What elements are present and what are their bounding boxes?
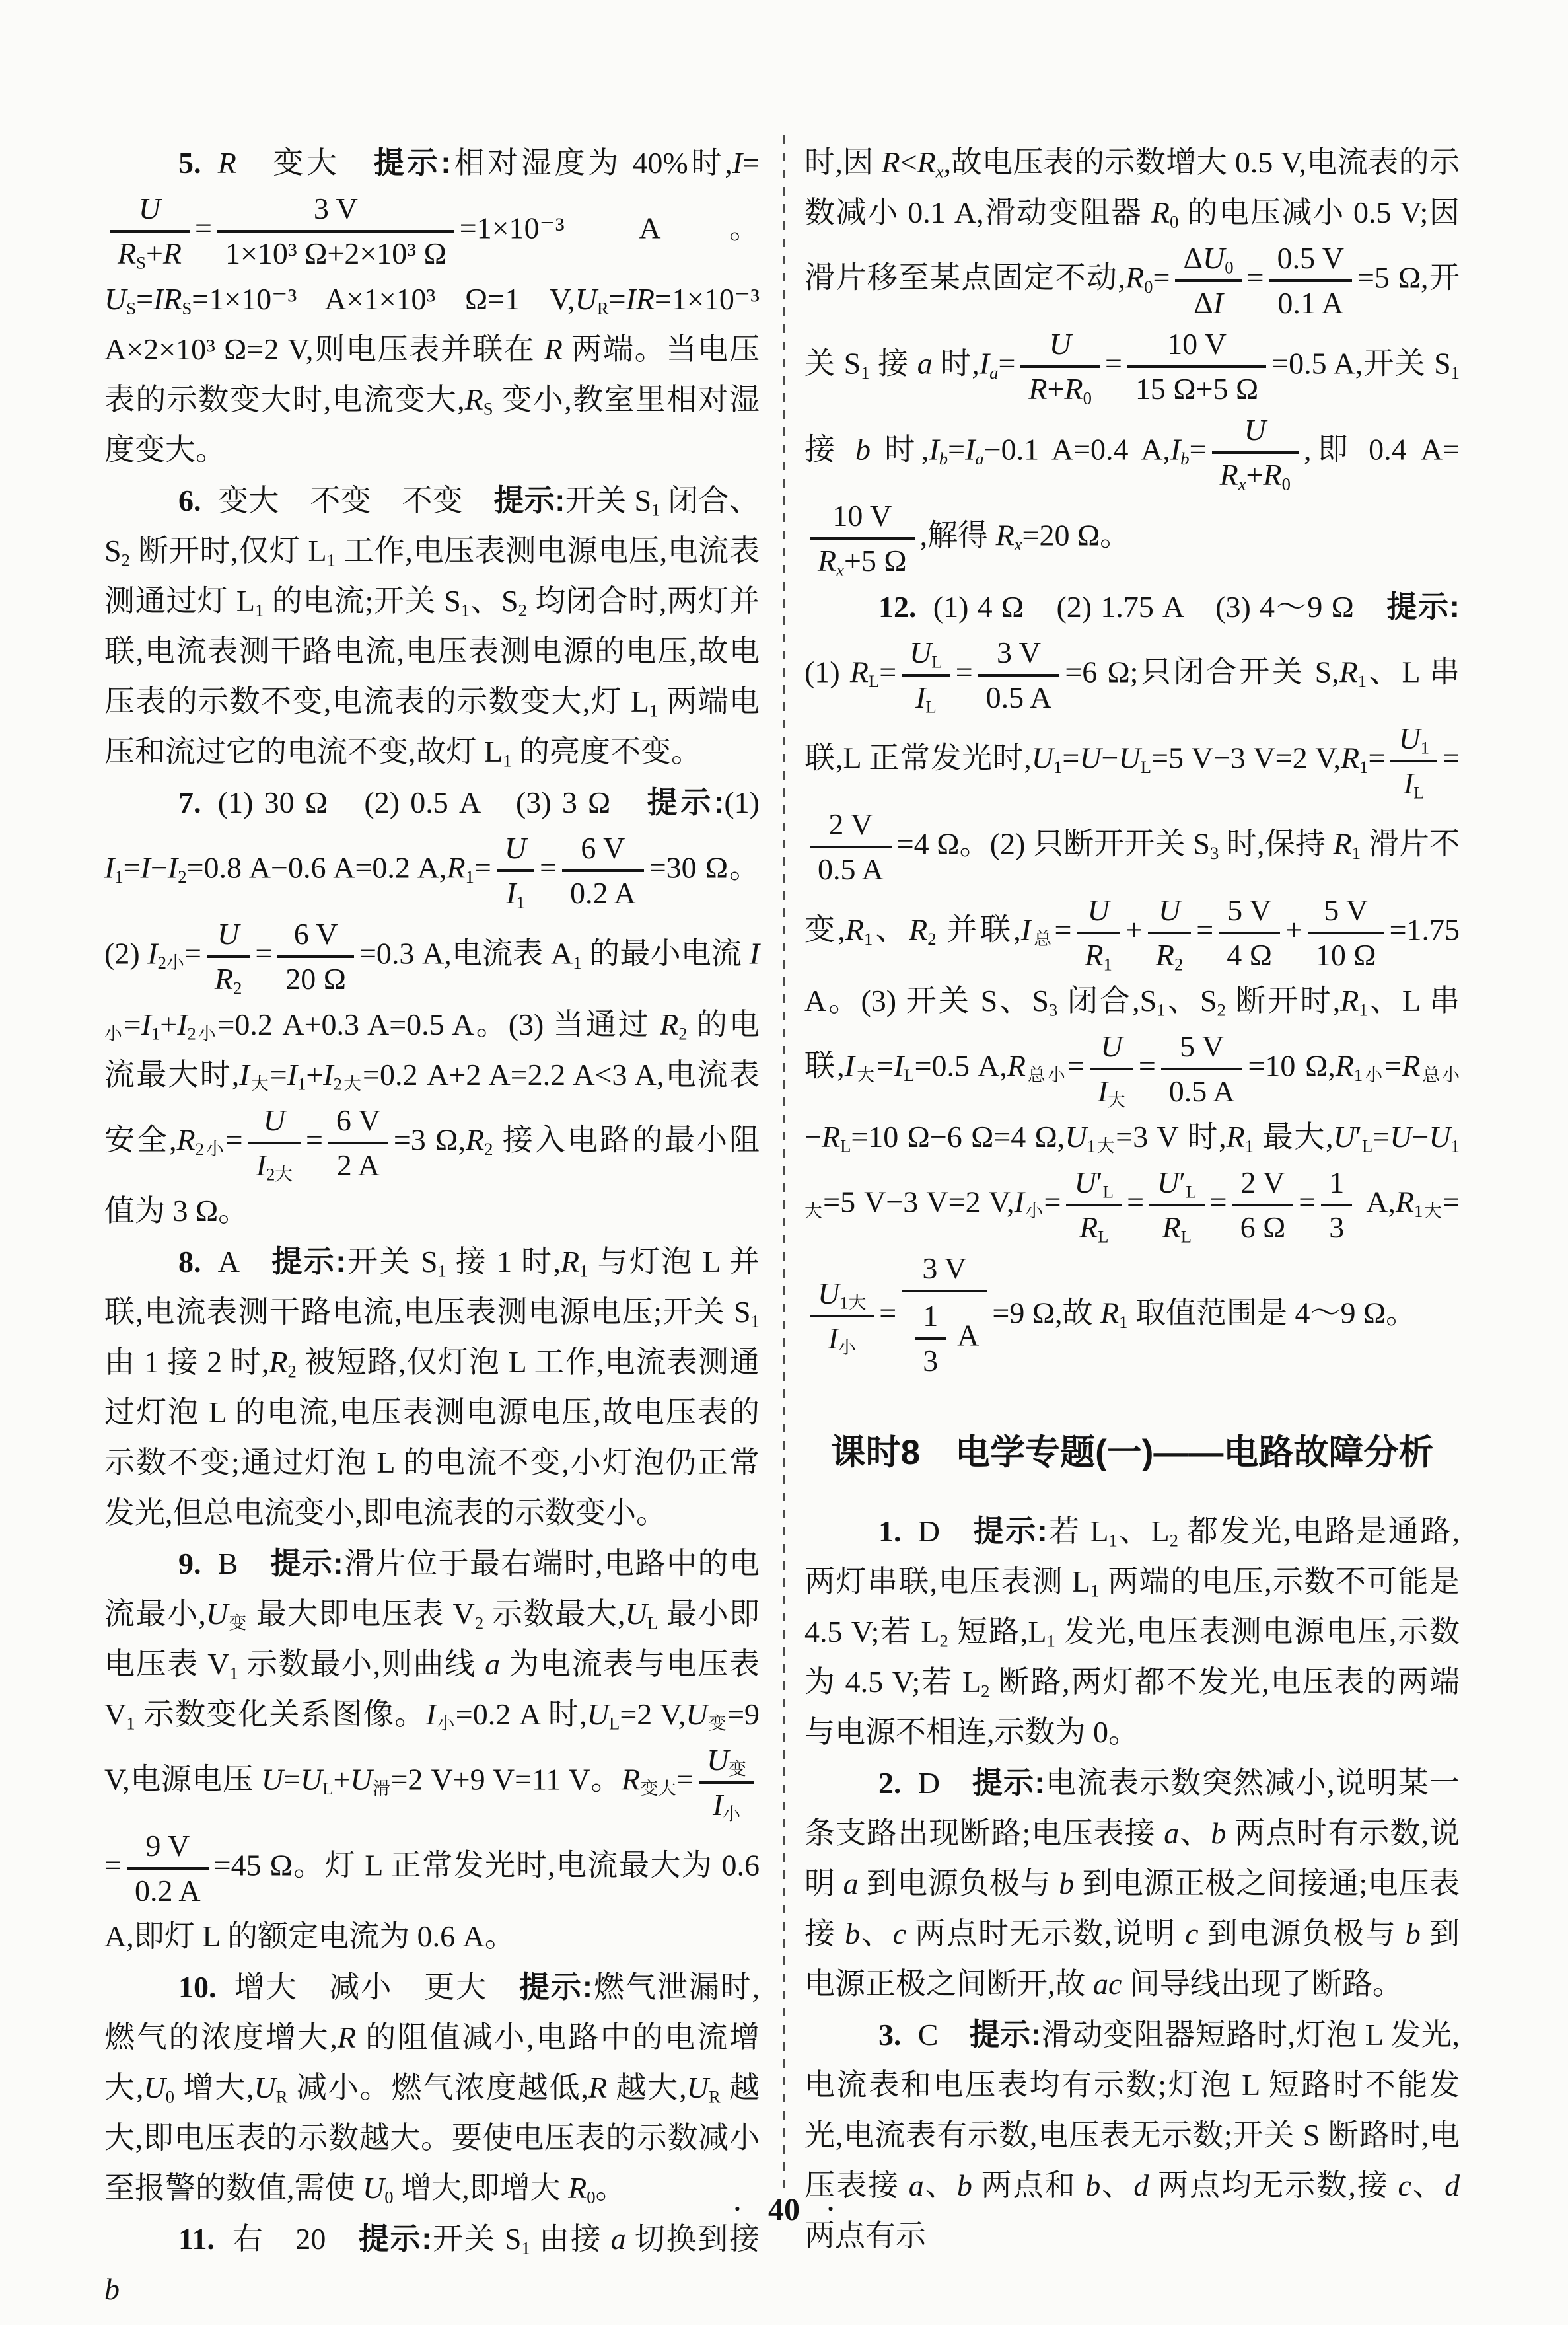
fraction-numerator: U′L xyxy=(1149,1165,1205,1206)
fraction: 10 VRx+5 Ω xyxy=(810,498,915,579)
variable: R xyxy=(215,962,233,996)
variable: R xyxy=(446,851,465,885)
variable: I xyxy=(239,1058,249,1091)
variable: I xyxy=(168,851,178,885)
subscript: 1 xyxy=(151,1023,160,1043)
fraction-denominator: 0.5 A xyxy=(810,848,892,887)
footer-ornament-left: • xyxy=(734,2199,740,2219)
fraction-numerator: 5 V xyxy=(1308,893,1384,934)
variable: I xyxy=(929,433,939,466)
variable: I xyxy=(1021,913,1031,947)
variable: R xyxy=(1156,938,1174,972)
subscript: 1 xyxy=(1245,1136,1254,1156)
subscript: x xyxy=(836,560,844,579)
subscript: L xyxy=(609,1713,620,1733)
variable: I xyxy=(1015,1185,1024,1219)
variable: I xyxy=(147,937,157,971)
fraction: 0.5 V0.1 A xyxy=(1269,240,1352,321)
subscript: 变大 xyxy=(640,1779,676,1798)
variable: I xyxy=(845,1049,855,1083)
fraction-denominator: 4 Ω xyxy=(1219,934,1280,973)
footer-ornament-right: • xyxy=(828,2199,834,2219)
fraction: U′LRL xyxy=(1149,1165,1205,1245)
variable: a xyxy=(975,449,983,468)
fraction: 3 V13 A xyxy=(902,1251,987,1382)
subscript: 1 xyxy=(649,700,658,720)
subscript: L xyxy=(840,1136,851,1156)
fraction-numerator: 9 V xyxy=(127,1828,209,1870)
variable: I xyxy=(1213,286,1223,320)
subscript: 1 xyxy=(573,953,581,973)
subscript: 3 xyxy=(1210,843,1219,863)
continuation-paragraph: 时,因 R<Rx,故电压表的示数增大 0.5 V,电流表的示数减小 0.1 A,… xyxy=(804,137,1460,581)
variable: U xyxy=(264,1103,285,1137)
variable: a xyxy=(1164,1816,1179,1850)
fraction-numerator: 5 V xyxy=(1161,1029,1243,1070)
variable: R xyxy=(1151,196,1170,229)
variable: a xyxy=(917,347,933,381)
subscript: L xyxy=(931,651,942,671)
subscript: 1 xyxy=(255,600,264,620)
subscript: a xyxy=(975,449,983,468)
variable: R xyxy=(660,1008,678,1041)
hint-label: 提示: xyxy=(1386,589,1460,624)
subscript: 1 xyxy=(651,499,660,519)
subscript: 1 xyxy=(1108,1530,1117,1550)
fraction: 2 V0.5 A xyxy=(810,807,892,887)
item-number: 3. xyxy=(878,2018,902,2051)
subscript: 大 xyxy=(1108,1090,1125,1110)
fraction-numerator: U xyxy=(248,1103,301,1144)
variable: R xyxy=(218,146,236,180)
fraction-numerator: 0.5 V xyxy=(1269,240,1352,282)
subscript: 大 xyxy=(250,1074,270,1093)
variable: I xyxy=(426,1697,436,1731)
fraction: 6 V20 Ω xyxy=(277,916,354,997)
answer-item: 10.增大 减小 更大 提示:燃气泄漏时,燃气的浓度增大,R 的阻值减小,电路中… xyxy=(104,1962,760,2213)
fraction-numerator: U xyxy=(1077,893,1120,934)
subscript: 变 xyxy=(729,1759,746,1779)
variable: I xyxy=(1170,433,1180,466)
variable: R xyxy=(622,1763,640,1796)
fraction-denominator: 2 A xyxy=(328,1144,388,1183)
left-column: 5.R 变大 提示:相对湿度为 40%时,I=URS+R=3 V1×10³ Ω+… xyxy=(104,137,760,2314)
subscript: 2小 xyxy=(196,1139,226,1159)
variable: R xyxy=(1334,827,1352,861)
answer-item: 9.B 提示:滑片位于最右端时,电路中的电流最小,U变 最大即电压表 V2 示数… xyxy=(104,1538,760,1962)
fraction: 5 V4 Ω xyxy=(1219,893,1280,973)
subscript: 小 xyxy=(104,1023,124,1043)
subscript: b xyxy=(939,449,948,468)
fraction: UI大 xyxy=(1090,1029,1133,1109)
fraction-numerator: 1 xyxy=(1321,1165,1352,1206)
subscript: 0 xyxy=(1170,211,1178,231)
variable: R xyxy=(818,544,836,577)
fraction-denominator: 0.1 A xyxy=(1269,282,1352,321)
variable: U xyxy=(818,1276,839,1310)
answer-item: 12.(1) 4 Ω (2) 1.75 A (3) 4～9 Ω 提示:(1) R… xyxy=(804,581,1460,1384)
subscript: 1 xyxy=(1119,1312,1127,1332)
hint-label: 提示: xyxy=(270,1546,343,1580)
variable: R xyxy=(1341,741,1359,775)
variable: U xyxy=(587,1697,609,1731)
variable: I xyxy=(141,851,151,885)
section-heading: 课时8 电学专题(一)——电路故障分析 xyxy=(804,1432,1460,1474)
fraction: 3 V1×10³ Ω+2×10³ Ω xyxy=(217,191,454,272)
variable: b xyxy=(1406,1917,1421,1950)
variable: R xyxy=(1263,458,1281,492)
fraction: URS+R xyxy=(110,191,190,272)
variable: a xyxy=(485,1647,500,1681)
subscript: 大 xyxy=(855,1065,876,1085)
fraction: 9 V0.2 A xyxy=(127,1828,209,1909)
variable: I xyxy=(104,851,114,885)
variable: R xyxy=(1220,458,1238,492)
subscript: 1 xyxy=(1104,954,1112,974)
variable: I xyxy=(965,433,975,466)
item-number: 7. xyxy=(178,786,201,819)
variable: U xyxy=(262,1763,283,1796)
variable: I xyxy=(323,1058,333,1091)
variable: c xyxy=(893,1917,906,1950)
variable: x xyxy=(1015,535,1022,554)
fraction-numerator: U xyxy=(110,191,190,233)
variable: I xyxy=(141,1008,151,1041)
fraction-denominator: 20 Ω xyxy=(277,958,354,997)
variable: U xyxy=(1050,327,1071,361)
fraction-numerator: U xyxy=(1148,893,1191,934)
fraction: ΔU0ΔI xyxy=(1175,240,1241,321)
subscript: 1 xyxy=(126,1713,135,1733)
subscript: 小 xyxy=(1024,1201,1044,1221)
fraction-numerator: 1 xyxy=(915,1298,946,1340)
variable: R xyxy=(588,2071,607,2104)
answer-page: 5.R 变大 提示:相对湿度为 40%时,I=URS+R=3 V1×10³ Ω+… xyxy=(0,0,1568,2325)
variable: R xyxy=(544,332,563,366)
subscript: 1大 xyxy=(1087,1136,1116,1156)
subscript: R xyxy=(709,2086,721,2106)
fraction-denominator: 0.5 A xyxy=(1161,1070,1243,1109)
fraction: 6 V2 A xyxy=(328,1103,388,1183)
subscript: 1 xyxy=(1359,1000,1367,1019)
variable: IR xyxy=(153,282,182,316)
subscript: 2 xyxy=(233,978,242,998)
variable: R xyxy=(1028,372,1047,406)
variable: IR xyxy=(626,282,655,316)
answer-item: 2.D 提示:电流表示数突然减小,说明某一条支路出现断路;电压表接 a、b 两点… xyxy=(804,1757,1460,2009)
subscript: L xyxy=(322,1779,333,1798)
variable: R xyxy=(1079,1210,1098,1244)
variable: R xyxy=(1396,1185,1414,1219)
variable: U xyxy=(686,1697,707,1731)
fraction-denominator: 10 Ω xyxy=(1308,934,1384,973)
subscript: 2 xyxy=(288,1361,297,1381)
variable: b xyxy=(855,433,871,466)
variable: U xyxy=(1398,721,1420,755)
variable: R xyxy=(1339,655,1358,689)
fraction-numerator: 3 V xyxy=(217,191,454,233)
subscript: L xyxy=(1181,1226,1192,1246)
subscript: 1 xyxy=(1053,757,1062,777)
subscript: 2 xyxy=(981,1681,989,1701)
subscript: x xyxy=(936,161,944,181)
hint-label: 提示: xyxy=(519,1970,592,2004)
item-number: 8. xyxy=(178,1245,201,1278)
item-number: 10. xyxy=(178,1970,217,2004)
fraction-denominator: RS+R xyxy=(110,233,190,272)
subscript: S xyxy=(126,298,136,318)
fraction-denominator: R2 xyxy=(207,958,250,997)
variable: U xyxy=(707,1743,729,1777)
fraction-denominator: R1 xyxy=(1077,934,1120,973)
variable: b xyxy=(1211,1816,1226,1850)
variable: U xyxy=(687,2071,709,2104)
subscript: L xyxy=(1098,1226,1108,1246)
subscript: 1 xyxy=(579,1261,588,1280)
answer-item: 5.R 变大 提示:相对湿度为 40%时,I=URS+R=3 V1×10³ Ω+… xyxy=(104,137,760,475)
hint-label: 提示: xyxy=(974,1514,1048,1548)
variable: U xyxy=(1032,741,1053,775)
subscript: 1 xyxy=(466,867,474,887)
subscript: 1 xyxy=(1358,671,1367,691)
fraction-numerator: 6 V xyxy=(562,830,644,872)
variable: U xyxy=(206,1597,228,1631)
variable: I xyxy=(980,347,989,381)
fraction: U变I小 xyxy=(699,1742,754,1823)
fraction-denominator: 15 Ω+5 Ω xyxy=(1127,368,1266,407)
fraction-numerator: 6 V xyxy=(328,1103,388,1144)
fraction: U1IL xyxy=(1390,721,1437,801)
variable: R xyxy=(118,237,136,270)
hint-label: 提示: xyxy=(374,145,451,180)
fraction: URx+R0 xyxy=(1212,412,1299,493)
subscript: 1 xyxy=(437,1261,446,1280)
fraction-numerator: U变 xyxy=(699,1742,754,1784)
fraction-numerator: 3 V xyxy=(978,635,1060,677)
item-number: 1. xyxy=(878,1514,902,1548)
variable: U xyxy=(1334,1120,1355,1154)
subscript: a xyxy=(989,363,998,383)
variable: b xyxy=(1059,1866,1074,1900)
fraction-numerator: U xyxy=(1090,1029,1133,1070)
fraction: 13 xyxy=(915,1298,946,1379)
item-number: 5. xyxy=(178,146,201,180)
fraction: UR2 xyxy=(207,916,250,997)
variable: R xyxy=(1007,1049,1026,1083)
variable: I xyxy=(732,146,742,180)
fraction-denominator: R2 xyxy=(1148,934,1191,973)
subscript: 1 xyxy=(1157,1000,1165,1019)
subscript: x xyxy=(1238,474,1246,494)
variable: U xyxy=(575,282,597,316)
fraction-denominator: 0.5 A xyxy=(978,677,1060,716)
subscript: 1 xyxy=(1090,1580,1099,1600)
variable: R xyxy=(163,237,182,270)
fraction-numerator: U xyxy=(1212,412,1299,454)
variable: U xyxy=(1079,741,1101,775)
fraction-numerator: U xyxy=(497,830,534,872)
subscript: 0 xyxy=(166,2086,174,2106)
fraction-numerator: 2 V xyxy=(810,807,892,848)
subscript: L xyxy=(925,696,936,716)
fraction-numerator: U1 xyxy=(1390,721,1437,762)
variable: b xyxy=(104,2272,120,2306)
subscript: 1 xyxy=(114,867,123,887)
subscript: 2 xyxy=(122,550,130,570)
answer-item: 8.A 提示:开关 S1 接 1 时,R1 与灯泡 L 并联,电流表测干路电流,… xyxy=(104,1236,760,1538)
answer-item: 7.(1) 30 Ω (2) 0.5 A (3) 3 Ω 提示:(1) I1=I… xyxy=(104,777,760,1236)
item-number: 6. xyxy=(178,484,201,517)
fraction-denominator: IL xyxy=(1390,762,1437,801)
subscript: 变 xyxy=(228,1613,248,1633)
subscript: R xyxy=(597,298,609,318)
fraction-denominator: ΔI xyxy=(1175,282,1241,321)
variable: b xyxy=(939,449,948,468)
variable: U xyxy=(254,2071,275,2104)
subscript: L xyxy=(1413,782,1424,802)
variable: R xyxy=(1162,1210,1181,1244)
page-number: 40 xyxy=(768,2192,800,2227)
variable: R xyxy=(1125,261,1144,295)
fraction-denominator: 3 xyxy=(1321,1206,1352,1245)
variable: I xyxy=(506,876,516,910)
subscript: 3 xyxy=(1049,1000,1057,1019)
subscript: 2 xyxy=(927,929,936,949)
subscript: 0 xyxy=(1225,257,1233,277)
item-number: 9. xyxy=(178,1547,201,1580)
subscript: 总小 xyxy=(1420,1065,1460,1085)
variable: R xyxy=(177,1123,196,1157)
variable: R xyxy=(909,913,927,947)
variable: I xyxy=(1404,766,1413,800)
subscript: 1 xyxy=(521,2238,530,2258)
fraction-denominator: R+R0 xyxy=(1020,368,1100,407)
subscript: 小 xyxy=(723,1804,740,1824)
fraction-numerator: 10 V xyxy=(1127,326,1266,368)
subscript: 1大 xyxy=(1414,1201,1443,1221)
subscript: 小 xyxy=(436,1713,456,1733)
subscript: 变 xyxy=(707,1713,727,1733)
subscript: 1小 xyxy=(1354,1065,1384,1085)
variable: x xyxy=(1238,474,1246,494)
variable: U xyxy=(1088,893,1110,927)
variable: I xyxy=(1098,1074,1108,1108)
fraction-numerator: 2 V xyxy=(1232,1165,1294,1206)
variable: U xyxy=(1074,1165,1096,1199)
variable: R xyxy=(1402,1049,1420,1083)
subscript: b xyxy=(1180,449,1189,468)
fraction: U1大I小 xyxy=(810,1276,874,1356)
subscript: 2 xyxy=(178,867,186,887)
variable: x xyxy=(836,560,844,579)
variable: R xyxy=(1100,1296,1119,1330)
subscript: 1 xyxy=(516,892,524,912)
subscript: L xyxy=(904,1065,914,1085)
hint-label: 提示: xyxy=(493,483,565,517)
subscript: 2 xyxy=(678,1023,687,1043)
subscript: 1 xyxy=(503,751,511,770)
fraction-numerator: U xyxy=(1020,326,1100,368)
variable: U xyxy=(1390,1120,1411,1154)
subscript: 0 xyxy=(1282,474,1291,494)
subscript: 小 xyxy=(838,1337,856,1357)
hint-label: 提示: xyxy=(972,1765,1045,1800)
item-number: 2. xyxy=(878,1766,902,1800)
fraction-denominator: I小 xyxy=(699,1784,754,1823)
variable: I xyxy=(894,1049,904,1083)
hint-label: 提示: xyxy=(647,785,725,819)
fraction-denominator: 0.2 A xyxy=(562,872,644,911)
variable: U xyxy=(1203,241,1225,275)
subscript: 滑 xyxy=(373,1779,391,1798)
variable: x xyxy=(936,161,944,181)
subscript: 2小 xyxy=(158,953,184,973)
variable: R xyxy=(465,383,483,416)
fraction-numerator: UL xyxy=(902,635,950,677)
variable: U xyxy=(1065,1120,1087,1154)
fraction-denominator: I大 xyxy=(1090,1070,1133,1109)
subscript: x xyxy=(1015,535,1022,554)
fraction: 3 V0.5 A xyxy=(978,635,1060,716)
fraction: 13 xyxy=(1321,1165,1352,1245)
variable: c xyxy=(1185,1917,1198,1950)
subscript: L xyxy=(647,1613,658,1633)
subscript: 2 xyxy=(1217,1000,1225,1019)
variable: b xyxy=(845,1917,860,1950)
variable: I xyxy=(828,1321,838,1355)
variable: U xyxy=(1157,1165,1179,1199)
fraction: UR1 xyxy=(1077,893,1120,973)
variable: R xyxy=(845,913,864,947)
variable: a xyxy=(989,363,998,383)
fraction-denominator: 13 A xyxy=(902,1292,987,1382)
variable: R xyxy=(1064,372,1083,406)
subscript: 2 xyxy=(1174,954,1183,974)
subscript: 1 xyxy=(1359,757,1368,777)
subscript: 1 xyxy=(229,1663,238,1683)
subscript: 总小 xyxy=(1026,1065,1067,1085)
variable: R xyxy=(1336,1049,1354,1083)
variable: R xyxy=(561,1245,579,1278)
variable: U xyxy=(1158,893,1180,927)
subscript: 1 xyxy=(297,1074,306,1093)
subscript: 2 xyxy=(475,1613,483,1633)
subscript: S xyxy=(136,252,146,272)
fraction: UI2大 xyxy=(248,1103,301,1183)
subscript: 2大 xyxy=(266,1164,293,1184)
variable: R xyxy=(850,655,869,689)
variable: R xyxy=(338,2020,356,2054)
fraction-numerator: 5 V xyxy=(1219,893,1280,934)
fraction: 2 V6 Ω xyxy=(1232,1165,1294,1245)
variable: R xyxy=(466,1123,484,1157)
subscript: L xyxy=(1362,1136,1372,1156)
subscript: 0 xyxy=(1083,388,1092,408)
fraction-denominator: RL xyxy=(1149,1206,1205,1245)
subscript: 1 xyxy=(861,363,869,383)
fraction-denominator: 3 xyxy=(915,1340,946,1379)
fraction: UI1 xyxy=(497,830,534,911)
hint-label: 提示: xyxy=(970,2017,1042,2051)
variable: R xyxy=(1340,984,1359,1017)
subscript: 2 xyxy=(1170,1530,1178,1550)
fraction-denominator: Rx+R0 xyxy=(1212,454,1299,493)
variable: U xyxy=(909,636,931,669)
variable: I xyxy=(287,1058,297,1091)
variable: b xyxy=(1180,449,1189,468)
right-column: 时,因 R<Rx,故电压表的示数增大 0.5 V,电流表的示数减小 0.1 A,… xyxy=(804,137,1460,2261)
variable: I xyxy=(256,1148,266,1182)
